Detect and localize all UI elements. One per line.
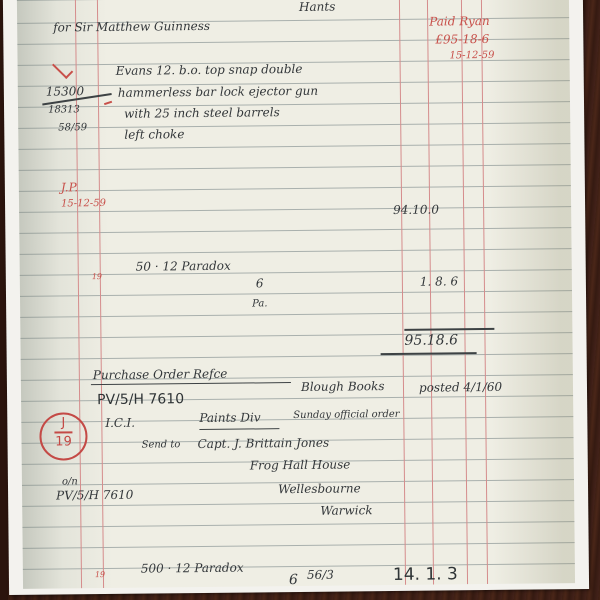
heading-underline <box>91 382 291 385</box>
addressee: for Sir Matthew Guinness <box>53 19 210 35</box>
red-check-icon <box>52 58 73 79</box>
order-ref: PV/5/H 7610 <box>56 488 133 503</box>
entry-1-line-3: with 25 inch steel barrels <box>124 105 280 121</box>
address-line-1: Capt. J. Brittain Jones <box>197 436 329 451</box>
ledger-page: Hants for Sir Matthew Guinness Paid Ryan… <box>17 0 575 589</box>
total-rule-top <box>404 328 494 330</box>
address-line-3: Wellesbourne <box>278 481 361 496</box>
entry-2-label: Pa. <box>252 298 268 309</box>
total-amount: 95.18.6 <box>404 332 458 349</box>
red-initials-date: 15-12-59 <box>61 198 106 209</box>
column-rule-2 <box>427 0 434 585</box>
note-right: Blough Books <box>301 379 385 394</box>
paid-stamp-label: Paid Ryan <box>429 14 490 29</box>
red-initials: J.P. <box>61 180 78 194</box>
total-rule-bottom <box>381 352 477 355</box>
division-underline <box>199 428 279 430</box>
line-1-note: Sunday official order <box>293 409 399 421</box>
entry-2-amount: 1. 8. 6 <box>420 274 458 288</box>
entry-1-line-1: Evans 12. b.o. top snap double <box>116 62 303 78</box>
top-fragment: Hants <box>299 0 335 14</box>
entry-3-amount: 14. 1. 3 <box>393 564 458 585</box>
paid-stamp-amount: £95-18-6 <box>435 32 489 47</box>
purchase-order-ref: PV/5/H 7610 <box>97 391 184 408</box>
order-ref-label: o/n <box>62 476 78 487</box>
margin-ref-2: 18313 <box>48 104 80 115</box>
entry-1-line-2: hammerless bar lock ejector gun <box>118 84 318 100</box>
entry-2-item: 50 · 12 Paradox <box>136 259 231 274</box>
column-rule-4 <box>481 0 488 584</box>
circled-reference: J 19 <box>39 412 88 461</box>
address-line-2: Frog Hall House <box>250 457 351 472</box>
margin-ref-3: 58/59 <box>58 122 87 133</box>
entry-3-qty: 6 <box>289 572 298 588</box>
column-rule-3 <box>461 0 468 584</box>
purchase-order-heading: Purchase Order Refce <box>93 367 228 382</box>
paid-stamp-date: 15-12-59 <box>449 50 494 61</box>
entry-2-qty: 6 <box>256 276 264 290</box>
margin-ref-1: 15300 <box>46 84 84 98</box>
entry-3-rate: 56/3 <box>307 568 334 582</box>
column-rule-1 <box>399 0 406 585</box>
line-1-division: Paints Div <box>199 410 260 425</box>
red-tick-mark <box>104 101 112 105</box>
send-to-label: Send to <box>142 439 181 450</box>
photograph-print: Hants for Sir Matthew Guinness Paid Ryan… <box>3 0 589 595</box>
line-1-prefix: I.C.I. <box>105 416 135 430</box>
entry-3-item: 500 · 12 Paradox <box>141 561 244 576</box>
address-line-4: Warwick <box>320 503 372 518</box>
entry-1-amount: 94.10.0 <box>393 202 439 216</box>
note-right-date: posted 4/1/60 <box>419 380 502 395</box>
red-mark-bottom: 19 <box>95 570 105 579</box>
circled-ref-top: J <box>61 415 65 430</box>
circled-ref-bar <box>54 431 72 433</box>
entry-1-line-4: left choke <box>124 127 184 142</box>
red-mark-small: 19 <box>92 272 102 281</box>
circled-ref-bottom: 19 <box>55 434 72 449</box>
